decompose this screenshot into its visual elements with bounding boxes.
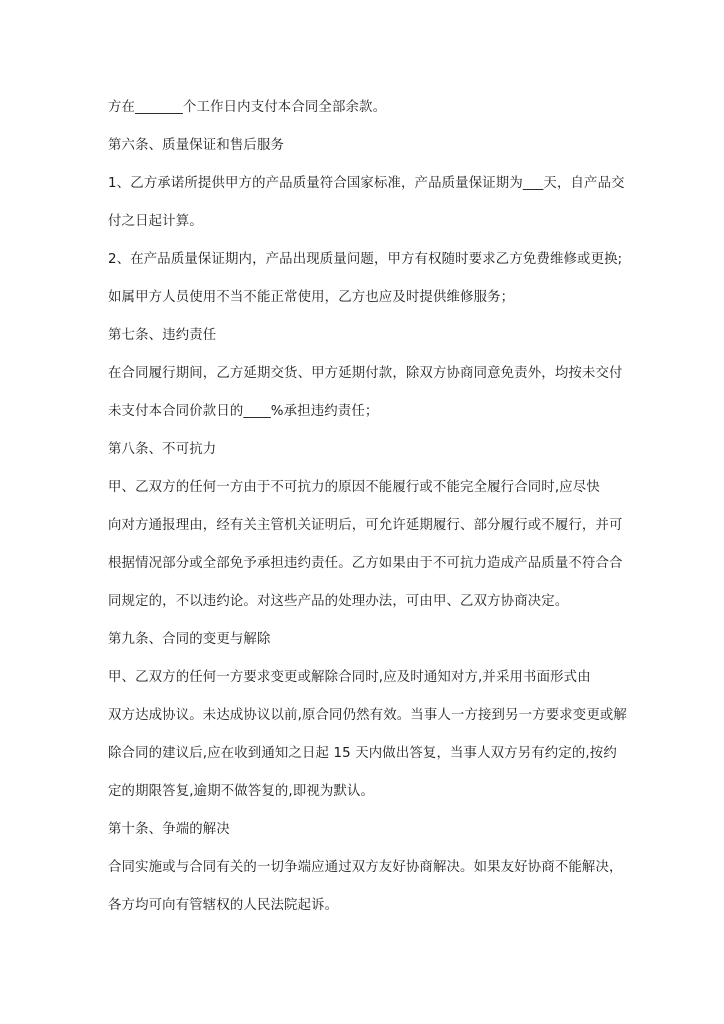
- section-heading-article-6: 第六条、质量保证和售后服务: [108, 136, 620, 174]
- paragraph-line: 除合同的建议后,应在收到通知之日起 15 天内做出答复，当事人双方另有约定的,按…: [108, 744, 620, 782]
- section-heading-article-7: 第七条、违约责任: [108, 326, 620, 364]
- paragraph-line: 如属甲方人员使用不当不能正常使用，乙方也应及时提供维修服务；: [108, 288, 620, 326]
- paragraph-line: 同规定的，不以违约论。对这些产品的处理办法，可由甲、乙双方协商决定。: [108, 592, 620, 630]
- section-heading-article-8: 第八条、不可抗力: [108, 440, 620, 478]
- paragraph-line: 向对方通报理由，经有关主管机关证明后，可允许延期履行、部分履行或不履行，并可: [108, 516, 620, 554]
- paragraph-line: 各方均可向有管辖权的人民法院起诉。: [108, 896, 620, 934]
- document-page: 方在_______个工作日内支付本合同全部余款。 第六条、质量保证和售后服务 1…: [0, 0, 724, 1024]
- paragraph-line: 未支付本合同价款日的____%承担违约责任；: [108, 402, 620, 440]
- paragraph-line: 合同实施或与合同有关的一切争端应通过双方友好协商解决。如果友好协商不能解决，: [108, 858, 620, 896]
- paragraph-line: 2、在产品质量保证期内，产品出现质量问题，甲方有权随时要求乙方免费维修或更换;: [108, 250, 620, 288]
- paragraph-line: 甲、乙双方的任何一方要求变更或解除合同时,应及时通知对方,并采用书面形式由: [108, 668, 620, 706]
- paragraph-line: 根据情况部分或全部免予承担违约责任。乙方如果由于不可抗力造成产品质量不符合合: [108, 554, 620, 592]
- section-heading-article-9: 第九条、合同的变更与解除: [108, 630, 620, 668]
- paragraph-line: 定的期限答复,逾期不做答复的,即视为默认。: [108, 782, 620, 820]
- paragraph-line: 1、乙方承诺所提供甲方的产品质量符合国家标准，产品质量保证期为___天，自产品交: [108, 174, 620, 212]
- paragraph-line: 甲、乙双方的任何一方由于不可抗力的原因不能履行或不能完全履行合同时,应尽快: [108, 478, 620, 516]
- paragraph-line: 方在_______个工作日内支付本合同全部余款。: [108, 98, 620, 136]
- paragraph-line: 双方达成协议。未达成协议以前,原合同仍然有效。当事人一方接到另一方要求变更或解: [108, 706, 620, 744]
- document-body: 方在_______个工作日内支付本合同全部余款。 第六条、质量保证和售后服务 1…: [108, 98, 620, 934]
- section-heading-article-10: 第十条、争端的解决: [108, 820, 620, 858]
- paragraph-line: 付之日起计算。: [108, 212, 620, 250]
- paragraph-line: 在合同履行期间，乙方延期交货、甲方延期付款，除双方协商同意免责外，均按未交付: [108, 364, 620, 402]
